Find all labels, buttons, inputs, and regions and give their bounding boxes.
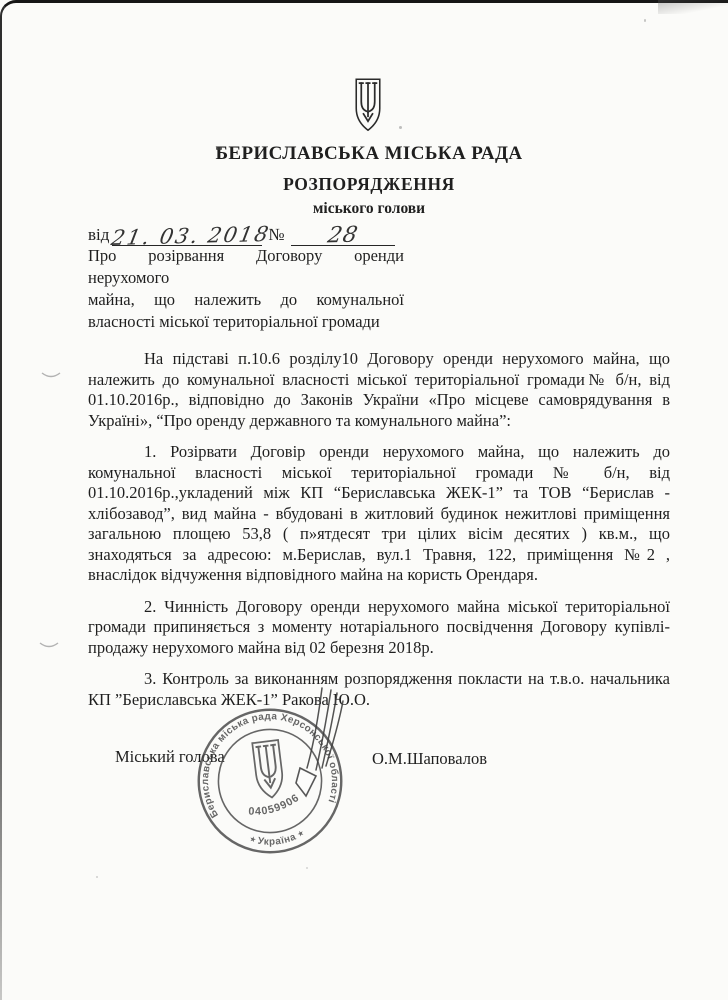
scan-speck	[399, 126, 402, 129]
scan-speck	[306, 867, 308, 869]
document-subtype: міського голови	[10, 200, 728, 218]
scan-dash-artifact	[216, 147, 222, 150]
date-number-line: від 21. 03. 2018 № 28	[88, 220, 395, 246]
scanned-document-page: БЕРИСЛАВСЬКА МІСЬКА РАДА РОЗПОРЯДЖЕННЯ м…	[0, 0, 728, 1000]
subject-line: Про розірвання Договору оренди нерухомог…	[88, 245, 404, 289]
organization-name: БЕРИСЛАВСЬКА МІСЬКА РАДА	[10, 143, 728, 165]
number-underline: 28	[291, 220, 395, 246]
document-subject: Про розірвання Договору оренди нерухомог…	[88, 245, 404, 333]
order-item-2: 2. Чинність Договору оренди нерухомого м…	[88, 597, 670, 659]
signature-loop	[296, 768, 316, 796]
subject-line: власності міської територіальної громади	[88, 311, 404, 333]
scan-speck	[644, 19, 646, 22]
document-type-title: РОЗПОРЯДЖЕННЯ	[10, 174, 728, 195]
scan-corner-shadow	[658, 0, 728, 14]
order-item-1: 1. Розірвати Договір оренди нерухомого м…	[88, 442, 670, 586]
signature-ink	[280, 680, 380, 810]
document-body: На підставі п.10.6 розділу10 Договору ор…	[88, 349, 670, 721]
intro-paragraph: На підставі п.10.6 розділу10 Договору ор…	[88, 349, 670, 431]
scan-edge-fade	[0, 580, 4, 1000]
signatory-name: О.М.Шаповалов	[372, 749, 487, 769]
date-underline: 21. 03. 2018	[112, 221, 262, 246]
pen-tick-mark	[38, 640, 60, 652]
date-label: від	[88, 225, 109, 246]
pen-tick-mark	[40, 370, 62, 382]
scan-speck	[96, 876, 98, 878]
subject-line: майна, що належить до комунальної	[88, 289, 404, 311]
coat-of-arms-trident-icon	[350, 77, 386, 133]
